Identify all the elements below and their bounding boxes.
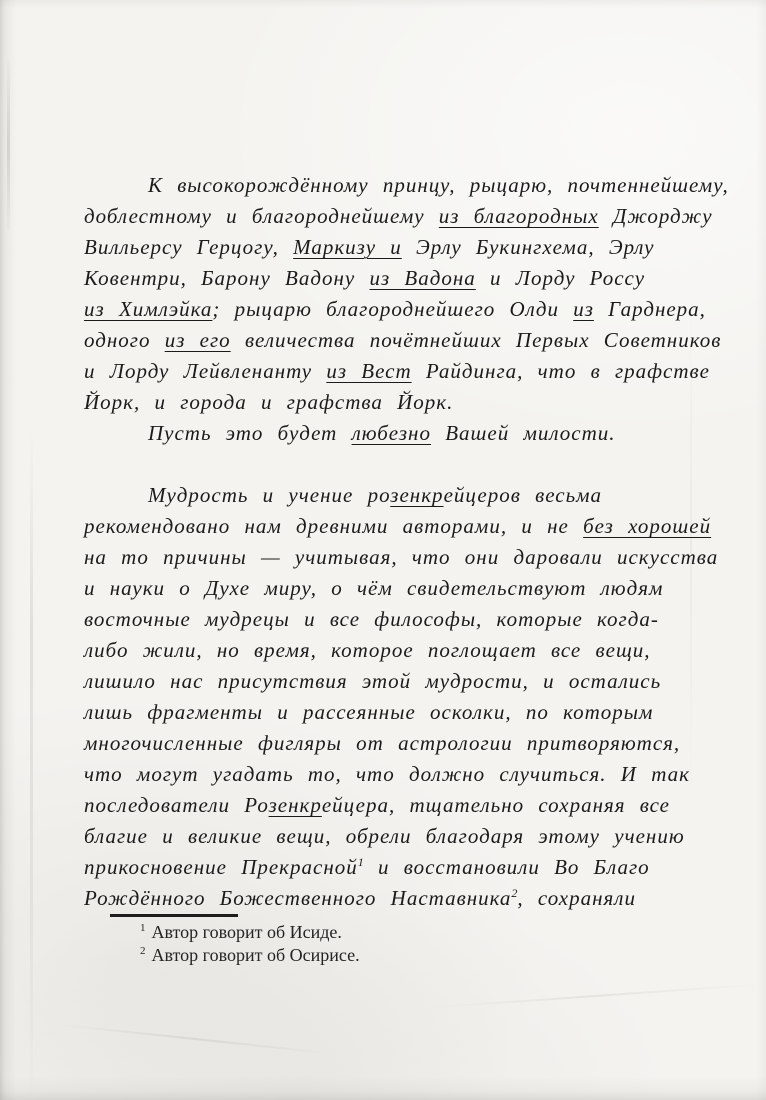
letter-line: либо жили, но время, которое поглощает в… — [84, 635, 704, 666]
letter-line: на то причины — учитывая, что они дарова… — [84, 542, 704, 573]
text-segment: любезно — [352, 421, 431, 445]
letter-line: доблестному и благороднейшему из благоро… — [84, 201, 704, 232]
text-segment: , сохраняли — [517, 886, 636, 910]
letter-line: Вилльерсу Герцогу, Маркизу и Эрлу Букинг… — [84, 232, 704, 263]
letter-line: что могут угадать то, что должно случить… — [84, 759, 704, 790]
text-segment: Мудрость и учение ро — [148, 483, 390, 507]
text-segment: и Лорду Лейвленанту — [84, 359, 326, 383]
letter-line: восточные мудрецы и все философы, которы… — [84, 604, 704, 635]
paper-crease — [430, 983, 759, 1008]
letter-line: благие и великие вещи, обрели благодаря … — [84, 821, 704, 852]
paper-crease — [56, 1023, 335, 1054]
text-segment: ейцеров весьма — [444, 483, 602, 507]
text-segment: Пусть это будет — [148, 421, 352, 445]
letter-line: из Химлэйка; рыцарю благороднейшего Олди… — [84, 294, 704, 325]
footnote-separator — [110, 914, 238, 917]
text-segment: на то причины — учитывая, что они дарова… — [84, 545, 718, 569]
paper-crease — [30, 430, 33, 1100]
text-segment: лишь фрагменты и рассеянные осколки, по … — [84, 700, 653, 724]
footnote-marker: 1 — [140, 922, 146, 934]
paper-page: К высокорождённому принцу, рыцарю, почте… — [0, 0, 766, 1100]
text-segment: из — [573, 297, 594, 321]
footnotes: 1Автор говорит об Исиде.2Автор говорит о… — [140, 921, 360, 967]
text-segment: восточные мудрецы и все философы, которы… — [84, 607, 659, 631]
text-segment: из его — [165, 328, 231, 352]
text-segment: прикосновение Прекрасной — [84, 855, 358, 879]
text-segment: Ковентри, Барону Вадону — [84, 266, 369, 290]
letter-line: К высокорождённому принцу, рыцарю, почте… — [84, 170, 704, 201]
text-segment: и восстановили Во Благо — [364, 855, 650, 879]
footnote-text: Автор говорит об Исиде. — [152, 922, 342, 942]
text-segment: величества почётнейших Первых Советников — [231, 328, 722, 352]
text-segment: ейцера, тщательно сохраняя все — [322, 793, 670, 817]
letter-line: Пусть это будет любезно Вашей милости. — [84, 418, 704, 449]
letter-line: многочисленные фигляры от астрологии при… — [84, 728, 704, 759]
text-segment: что могут угадать то, что должно случить… — [84, 762, 690, 786]
letter-line: рекомендовано нам древними авторами, и н… — [84, 511, 704, 542]
text-segment: либо жили, но время, которое поглощает в… — [84, 638, 651, 662]
text-segment: Маркизу и — [293, 235, 402, 259]
text-segment: Райдинга, что в графстве — [412, 359, 710, 383]
text-segment: зенкр — [390, 483, 443, 507]
letter-line: и науки о Духе миру, о чём свидетельству… — [84, 573, 704, 604]
letter-line: одного из его величества почётнейших Пер… — [84, 325, 704, 356]
paper-crease — [7, 60, 10, 230]
text-segment: последователи Ро — [84, 793, 269, 817]
text-segment: и науки о Духе миру, о чём свидетельству… — [84, 576, 663, 600]
text-segment: Гарднера, — [594, 297, 706, 321]
letter-line: и Лорду Лейвленанту из Вест Райдинга, чт… — [84, 356, 704, 387]
text-segment: и Лорду Россу — [476, 266, 645, 290]
letter-line: прикосновение Прекрасной1 и восстановили… — [84, 852, 704, 883]
footnote-item: 1Автор говорит об Исиде. — [140, 921, 360, 944]
text-segment: из благородных — [439, 204, 599, 228]
text-segment: из Вест — [326, 359, 411, 383]
text-segment: К высокорождённому принцу, рыцарю, почте… — [148, 173, 729, 197]
text-segment: Вашей милости. — [431, 421, 616, 445]
letter-line: Йорк, и города и графства Йорк. — [84, 387, 704, 418]
text-segment: рекомендовано нам древними авторами, и н… — [84, 514, 583, 538]
letter-body: К высокорождённому принцу, рыцарю, почте… — [84, 170, 704, 914]
footnote-item: 2Автор говорит об Осирисе. — [140, 944, 360, 967]
text-segment: из Вадона — [369, 266, 475, 290]
text-segment: лишило нас присутствия этой мудрости, и … — [84, 669, 661, 693]
letter-line: лишило нас присутствия этой мудрости, и … — [84, 666, 704, 697]
letter-line: Рождённого Божественного Наставника2, со… — [84, 883, 704, 914]
text-segment: из Химлэйка — [84, 297, 212, 321]
text-segment: благие и великие вещи, обрели благодаря … — [84, 824, 685, 848]
text-segment: Вилльерсу Герцогу, — [84, 235, 293, 259]
text-segment: Йорк, и города и графства Йорк. — [84, 390, 453, 414]
text-segment: Рождённого Божественного Наставника — [84, 886, 511, 910]
text-segment: Джорджу — [599, 204, 713, 228]
letter-line: лишь фрагменты и рассеянные осколки, по … — [84, 697, 704, 728]
letter-line: последователи Розенкрейцера, тщательно с… — [84, 790, 704, 821]
letter-line: Мудрость и учение розенкрейцеров весьма — [84, 480, 704, 511]
text-segment: доблестному и благороднейшему — [84, 204, 439, 228]
text-segment: зенкр — [269, 793, 322, 817]
letter-paragraph: Мудрость и учение розенкрейцеров весьмар… — [84, 480, 704, 914]
text-segment: Эрлу Букингхема, Эрлу — [402, 235, 655, 259]
letter-line: Ковентри, Барону Вадону из Вадона и Лорд… — [84, 263, 704, 294]
text-segment: без хорошей — [583, 514, 711, 538]
text-segment: ; рыцарю благороднейшего Олди — [212, 297, 573, 321]
letter-paragraph: К высокорождённому принцу, рыцарю, почте… — [84, 170, 704, 449]
footnote-text: Автор говорит об Осирисе. — [152, 945, 360, 965]
text-segment: одного — [84, 328, 165, 352]
footnote-marker: 2 — [140, 945, 146, 957]
text-segment: многочисленные фигляры от астрологии при… — [84, 731, 680, 755]
